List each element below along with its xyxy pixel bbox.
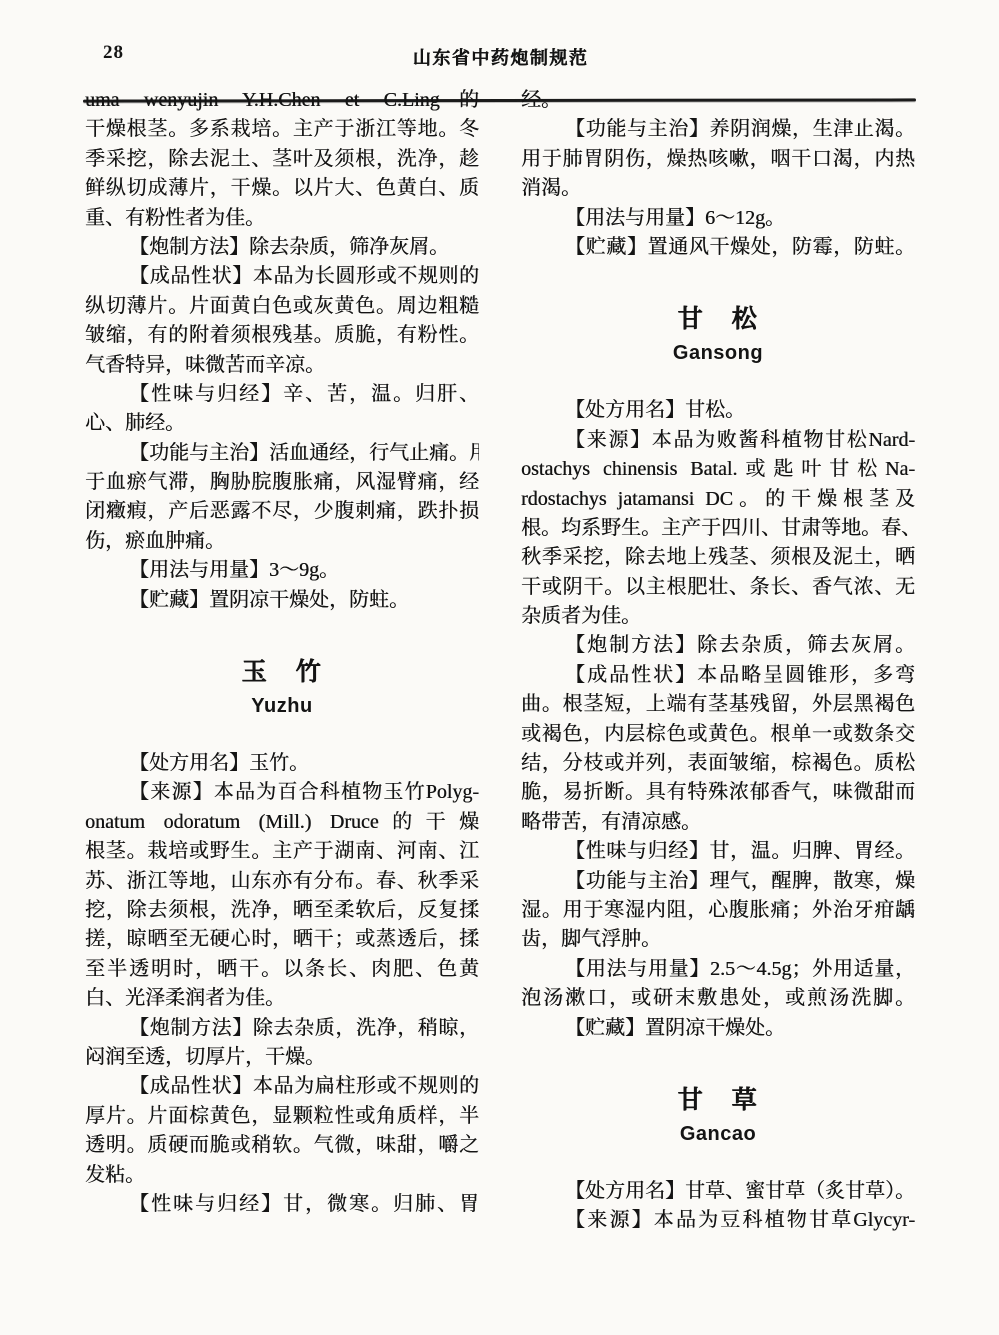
text-line: 季采挖，除去泥土、茎叶及须根，洗净，趁 [85, 145, 479, 174]
text-line: 闷润至透，切厚片，干燥。 [85, 1043, 479, 1072]
text-line: 皱缩，有的附着须根残基。质脆，有粉性。 [85, 321, 479, 350]
text-line: 闭癥瘕，产后恶露不尽，少腹刺痛，跌扑损 [85, 497, 479, 526]
text-line: 【性味与归经】甘，微寒。归肺、胃 [85, 1190, 479, 1219]
text-line: 秋季采挖，除去地上残茎、须根及泥土，晒 [521, 543, 915, 572]
text-line: 结，分枝或并列，表面皱缩，棕褐色。质松 [521, 749, 915, 778]
section-title-zh: 甘 草 [521, 1087, 915, 1115]
text-line: 【用法与用量】6～12g。 [521, 204, 915, 233]
text-line: 略带苦，有清凉感。 [521, 808, 915, 837]
text-line: 脆，易折断。具有特殊浓郁香气，味微甜而 [521, 778, 915, 807]
header-title: 山东省中药炮制规范 [85, 44, 916, 70]
text-line: rdostachys jatamansi DC。的干燥根茎及 [521, 485, 915, 514]
text-line: 【用法与用量】2.5～4.5g；外用适量， [521, 955, 915, 984]
text-line: 至半透明时，晒干。以条长、肉肥、色黄 [85, 955, 479, 984]
section-heading: 玉 竹Yuzhu [85, 659, 479, 717]
section-title-pinyin: Gancao [521, 1123, 915, 1145]
section-title-pinyin: Yuzhu [85, 695, 479, 717]
text-line: 【性味与归经】辛、苦，温。归肝、 [85, 380, 479, 409]
text-line: 挖，除去须根，洗净，晒至柔软后，反复揉 [85, 896, 479, 925]
text-line: 泡汤漱口，或研末敷患处，或煎汤洗脚。 [521, 984, 915, 1013]
text-line: 白、光泽柔润者为佳。 [85, 984, 479, 1013]
text-line: 干或阴干。以主根肥壮、条长、香气浓、无 [521, 573, 915, 602]
section-title-zh: 甘 松 [521, 306, 915, 334]
text-line: 用于肺胃阴伤，燥热咳嗽，咽干口渴，内热 [521, 145, 915, 174]
text-line: 齿，脚气浮肿。 [521, 925, 915, 954]
text-line: 【贮藏】置通风干燥处，防霉，防蛀。 [521, 233, 915, 262]
page-header: 28 山东省中药炮制规范 [85, 42, 916, 68]
text-line: onatum odoratum (Mill.) Druce的干燥 [85, 808, 479, 837]
text-line: 【功能与主治】理气，醒脾，散寒，燥 [521, 867, 915, 896]
text-line: 【贮藏】置阴凉干燥处，防蛀。 [85, 586, 479, 615]
text-line: 曲。根茎短，上端有茎基残留，外层黑褐色 [521, 690, 915, 719]
text-line: 【用法与用量】3～9g。 [85, 556, 479, 585]
text-line: 伤，瘀血肿痛。 [85, 527, 479, 556]
text-line: 湿。用于寒湿内阻，心腹胀痛；外治牙疳龋 [521, 896, 915, 925]
text-line: 心、肺经。 [85, 409, 479, 438]
section-heading: 甘 草Gancao [521, 1087, 915, 1145]
column-left: uma wenyujin Y.H.Chen et C.Ling的干燥根茎。多系栽… [85, 86, 479, 1236]
text-line: 根。均系野生。主产于四川、甘肃等地。春、 [521, 514, 915, 543]
text-line: 【炮制方法】除去杂质，筛净灰屑。 [85, 233, 479, 262]
section-heading: 甘 松Gansong [521, 306, 915, 364]
text-line: 【性味与归经】甘，温。归脾、胃经。 [521, 837, 915, 866]
book-page: 28 山东省中药炮制规范 uma wenyujin Y.H.Chen et C.… [0, 0, 999, 1335]
text-line: 【成品性状】本品略呈圆锥形，多弯 [521, 661, 915, 690]
text-line: 【成品性状】本品为长圆形或不规则的 [85, 262, 479, 291]
text-line: 【功能与主治】养阴润燥，生津止渴。 [521, 115, 915, 144]
text-line: 【来源】本品为豆科植物甘草Glycyr- [521, 1206, 915, 1235]
text-line: 【炮制方法】除去杂质，筛去灰屑。 [521, 631, 915, 660]
text-line: 苏、浙江等地，山东亦有分布。春、秋季采 [85, 867, 479, 896]
text-line: 【来源】本品为百合科植物玉竹Polyg- [85, 778, 479, 807]
text-line: 消渴。 [521, 174, 915, 203]
text-line: 搓，晾晒至无硬心时，晒干；或蒸透后，揉 [85, 925, 479, 954]
text-line: 【来源】本品为败酱科植物甘松Nard- [521, 426, 915, 455]
text-line: 发粘。 [85, 1161, 479, 1190]
text-line: 【功能与主治】活血通经，行气止痛。用 [85, 439, 479, 468]
text-line: uma wenyujin Y.H.Chen et C.Ling的 [85, 86, 479, 115]
text-line: 纵切薄片。片面黄白色或灰黄色。周边粗糙 [85, 292, 479, 321]
text-line: 【贮藏】置阴凉干燥处。 [521, 1014, 915, 1043]
text-line: 【成品性状】本品为扁柱形或不规则的 [85, 1072, 479, 1101]
text-line: 【处方用名】玉竹。 [85, 749, 479, 778]
text-line: 干燥根茎。多系栽培。主产于浙江等地。冬 [85, 115, 479, 144]
text-line: 【炮制方法】除去杂质，洗净，稍晾， [85, 1014, 479, 1043]
section-title-zh: 玉 竹 [85, 659, 479, 687]
text-line: 重、有粉性者为佳。 [85, 204, 479, 233]
text-line: 于血瘀气滞，胸胁脘腹胀痛，风湿臂痛，经 [85, 468, 479, 497]
column-right: 经。【功能与主治】养阴润燥，生津止渴。用于肺胃阴伤，燥热咳嗽，咽干口渴，内热消渴… [521, 86, 915, 1236]
section-title-pinyin: Gansong [521, 342, 915, 364]
text-line: 透明。质硬而脆或稍软。气微，味甜，嚼之 [85, 1131, 479, 1160]
text-line: 或褐色，内层棕色或黄色。根单一或数条交 [521, 720, 915, 749]
text-line: 气香特异，味微苦而辛凉。 [85, 351, 479, 380]
text-line: 杂质者为佳。 [521, 602, 915, 631]
text-line: 根茎。栽培或野生。主产于湖南、河南、江 [85, 837, 479, 866]
text-line: 鲜纵切成薄片，干燥。以片大、色黄白、质 [85, 174, 479, 203]
text-line: 经。 [521, 86, 915, 115]
text-columns: uma wenyujin Y.H.Chen et C.Ling的干燥根茎。多系栽… [85, 86, 915, 1236]
text-line: 【处方用名】甘草、蜜甘草（炙甘草）。 [521, 1177, 915, 1206]
text-line: 厚片。片面棕黄色，显颗粒性或角质样，半 [85, 1102, 479, 1131]
text-line: ostachys chinensis Batal.或匙叶甘松Na- [521, 455, 915, 484]
text-line: 【处方用名】甘松。 [521, 396, 915, 425]
